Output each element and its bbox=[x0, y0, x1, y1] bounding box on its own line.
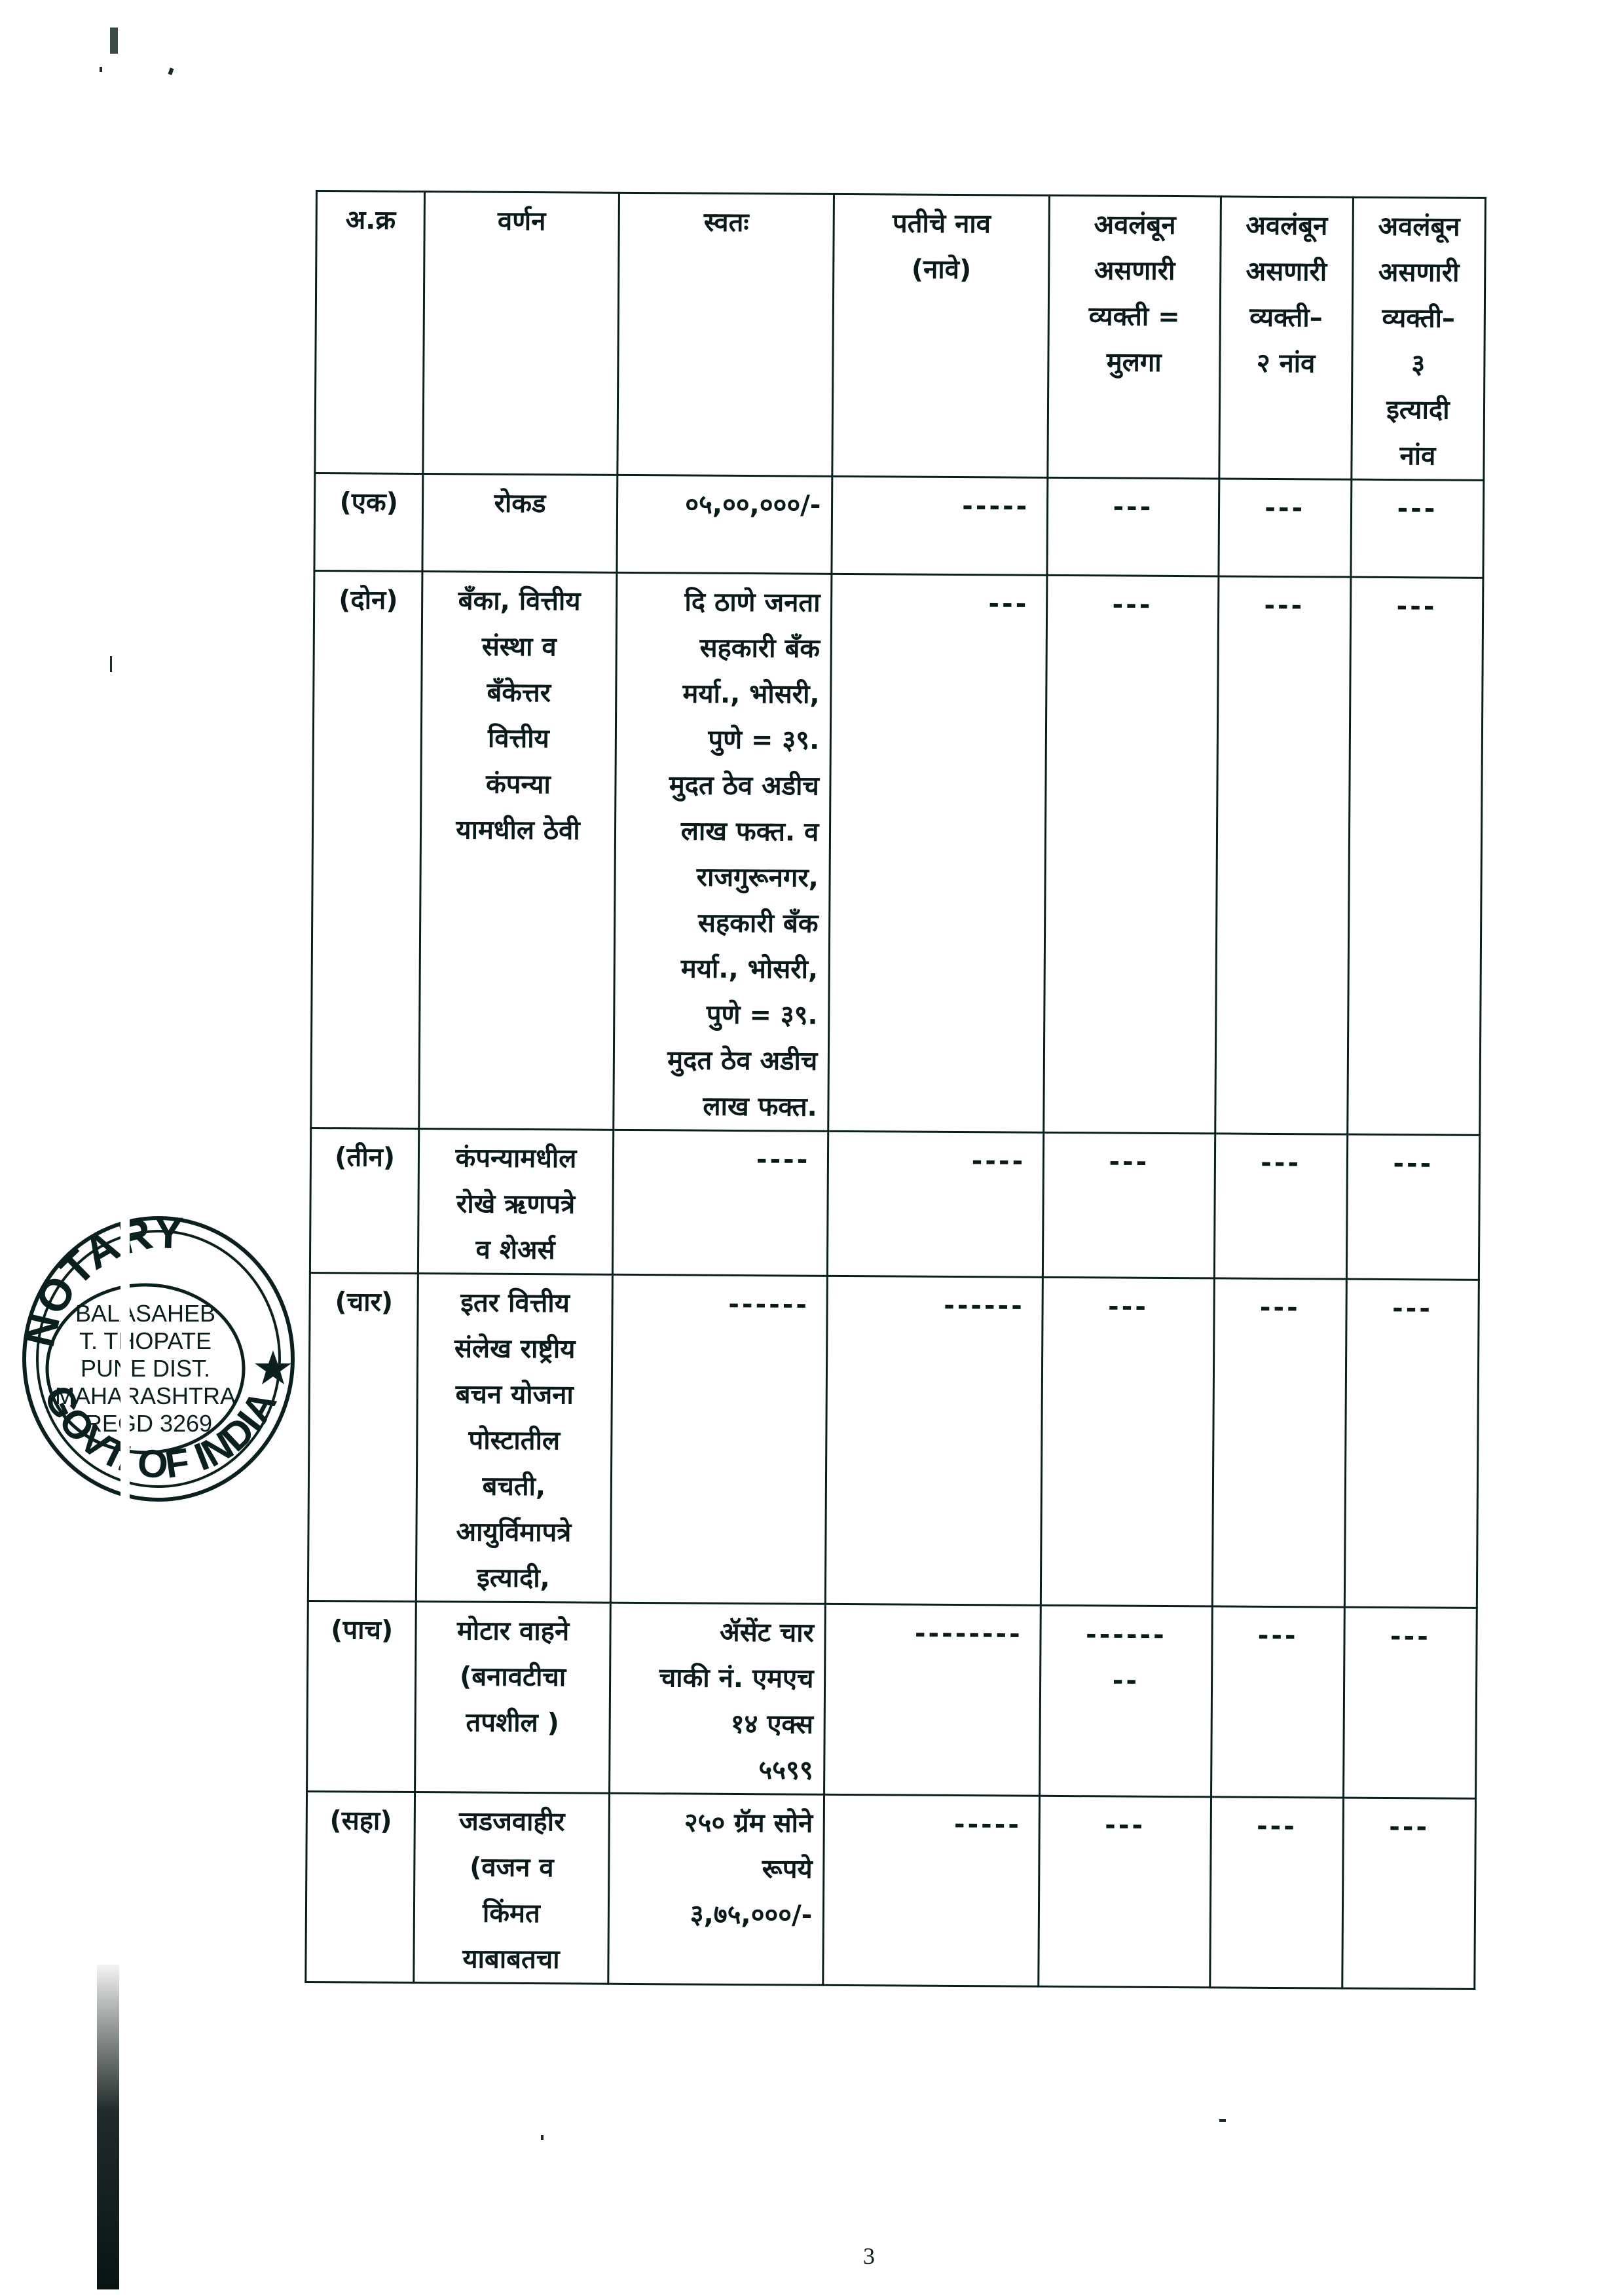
cell-dependent-2: --- bbox=[1211, 1606, 1344, 1798]
cell-text-line: मुदत ठेव अडीच bbox=[621, 1037, 817, 1084]
cell-spouse: -------- bbox=[824, 1604, 1041, 1796]
stamp-line-3: PUNE DIST. bbox=[81, 1355, 210, 1382]
cell-text-line: मुलगा bbox=[1056, 339, 1212, 386]
cell-text-line: -------- bbox=[833, 1610, 1023, 1657]
cell-text-line: (एक) bbox=[322, 479, 416, 526]
header-description: वर्णन bbox=[423, 192, 619, 475]
cell-text-line: पोस्टातील bbox=[425, 1417, 604, 1464]
cell-dependent-2: --- bbox=[1219, 479, 1352, 577]
cell-self: ------ bbox=[610, 1274, 828, 1604]
asset-declaration-table: अ.क्र वर्णन स्वतः पतीचे नाव(नावे) अवलंबू… bbox=[304, 190, 1486, 1990]
notary-seal-icon: NOTARY GOVT. OF INDIA BALASAHEB T. THOPA… bbox=[14, 1205, 303, 1513]
cell-sr-no: (दोन) bbox=[311, 570, 423, 1128]
cell-dependent-2: --- bbox=[1215, 576, 1350, 1134]
cell-text-line: मर्या., भोसरी, bbox=[621, 946, 818, 993]
cell-text-line: पुणे = ३९. bbox=[621, 991, 818, 1039]
cell-text-line: असणारी bbox=[1056, 248, 1213, 294]
cell-text-line: बँकेत्तर bbox=[430, 669, 609, 716]
scan-artifact bbox=[541, 2135, 544, 2140]
cell-dependent-1: --- bbox=[1043, 1132, 1215, 1278]
cell-description: जडजवाहीर(वजन वकिंमतयाबाबतचा bbox=[414, 1792, 609, 1984]
cell-text-line: --- bbox=[1055, 484, 1211, 530]
table-header-row: अ.क्र वर्णन स्वतः पतीचे नाव(नावे) अवलंबू… bbox=[315, 191, 1486, 481]
table-row: (पाच)मोटार वाहने(बनावटीचातपशील )ॲसेंट चा… bbox=[307, 1601, 1477, 1798]
cell-text-line: (सहा) bbox=[314, 1798, 408, 1844]
cell-text-line: --- bbox=[1352, 1614, 1469, 1660]
cell-text-line: व्यक्ती– bbox=[1359, 295, 1477, 342]
cell-text-line: (चार) bbox=[317, 1279, 411, 1325]
cell-text-line: -- bbox=[1048, 1657, 1204, 1704]
header-sr-no: अ.क्र bbox=[315, 191, 425, 474]
scan-artifact bbox=[168, 67, 174, 75]
cell-self: दि ठाणे जनतासहकारी बँकमर्या., भोसरी,पुणे… bbox=[613, 572, 832, 1131]
cell-text-line: --- bbox=[1051, 1139, 1208, 1185]
scan-artifact bbox=[110, 656, 112, 672]
cell-text-line: --- bbox=[1219, 1612, 1337, 1659]
cell-text-line: रूपये bbox=[616, 1845, 813, 1893]
table-row: (तीन)कंपन्यामधीलरोखे ऋणपत्रेव शेअर्स----… bbox=[310, 1128, 1479, 1280]
cell-dependent-3: --- bbox=[1342, 1798, 1476, 1989]
cell-text-line: लाख फक्त. bbox=[621, 1083, 817, 1130]
cell-text-line: बचन योजना bbox=[425, 1371, 604, 1418]
cell-text-line: कंपन्या bbox=[429, 761, 608, 808]
stamp-line-4: MAHARASHTRA bbox=[55, 1382, 236, 1409]
cell-text-line: अवलंबून bbox=[1360, 204, 1478, 250]
cell-text-line: यामधील ठेवी bbox=[428, 807, 608, 854]
cell-spouse: ---- bbox=[828, 1131, 1044, 1277]
cell-text-line: व्यक्ती = bbox=[1056, 293, 1213, 340]
cell-description: मोटार वाहने(बनावटीचातपशील ) bbox=[415, 1601, 610, 1793]
header-spouse: पतीचे नाव(नावे) bbox=[832, 194, 1049, 477]
cell-text-line: बँका, वित्तीय bbox=[430, 578, 609, 625]
cell-sr-no: (सहा) bbox=[306, 1791, 415, 1982]
cell-spouse: ----- bbox=[823, 1794, 1040, 1986]
stamp-fold-gap bbox=[120, 1205, 130, 1513]
cell-text-line: बचती, bbox=[424, 1463, 604, 1510]
cell-text-line: ------ bbox=[835, 1282, 1025, 1329]
cell-text-line: मोटार वाहने bbox=[424, 1608, 603, 1655]
scan-artifact bbox=[100, 67, 102, 72]
cell-text-line: इत्यादी bbox=[1359, 387, 1477, 434]
notary-stamp: NOTARY GOVT. OF INDIA BALASAHEB T. THOPA… bbox=[14, 1205, 303, 1513]
scan-artifact bbox=[1219, 2119, 1226, 2122]
cell-text-line: --- bbox=[1359, 486, 1477, 532]
header-dependent-1: अवलंबूनअसणारीव्यक्ती =मुलगा bbox=[1048, 195, 1221, 479]
cell-text-line: --- bbox=[1354, 1141, 1472, 1187]
cell-text-line: ३ bbox=[1359, 341, 1477, 388]
cell-text-line: (तीन) bbox=[318, 1134, 412, 1181]
cell-text-line: लाख फक्त. व bbox=[622, 808, 819, 855]
cell-text-line: (दोन) bbox=[322, 577, 415, 623]
cell-text-line: राजगुरूनगर, bbox=[622, 854, 819, 901]
cell-text-line: वर्णन bbox=[432, 198, 612, 245]
cell-text-line: व शेअर्स bbox=[426, 1227, 605, 1274]
cell-text-line: ----- bbox=[840, 483, 1029, 530]
cell-text-line: रोकड bbox=[430, 480, 610, 527]
cell-text-line: मर्या., भोसरी, bbox=[623, 671, 820, 718]
cell-text-line: ५५९९ bbox=[617, 1747, 813, 1794]
cell-text-line: संलेख राष्ट्रीय bbox=[425, 1325, 604, 1373]
cell-dependent-3: --- bbox=[1343, 1607, 1477, 1798]
cell-text-line: याबाबतचा bbox=[422, 1936, 601, 1983]
cell-text-line: ------ bbox=[619, 1281, 809, 1328]
cell-text-line: ३,७५,०००/- bbox=[616, 1891, 812, 1938]
cell-text-line: --- bbox=[1222, 1139, 1340, 1186]
cell-text-line: (वजन व bbox=[422, 1844, 602, 1891]
scan-artifact bbox=[110, 28, 118, 54]
cell-dependent-1: --- bbox=[1047, 477, 1219, 576]
cell-text-line: अवलंबून bbox=[1057, 202, 1213, 248]
cell-spouse: ------ bbox=[826, 1276, 1043, 1605]
cell-text-line: वित्तीय bbox=[429, 715, 608, 762]
cell-text-line: अवलंबून bbox=[1228, 203, 1346, 250]
cell-text-line: --- bbox=[1350, 1804, 1468, 1851]
cell-text-line: ----- bbox=[832, 1801, 1022, 1848]
cell-text-line: --- bbox=[1226, 583, 1344, 629]
cell-description: कंपन्यामधीलरोखे ऋणपत्रेव शेअर्स bbox=[418, 1128, 613, 1274]
cell-text-line: रोखे ऋणपत्रे bbox=[426, 1181, 606, 1228]
cell-dependent-1: --- bbox=[1039, 1796, 1211, 1988]
cell-text-line: इत्यादी, bbox=[424, 1555, 603, 1602]
header-dependent-3: अवलंबूनअसणारीव्यक्ती–३इत्यादीनांव bbox=[1352, 197, 1486, 480]
cell-dependent-3: --- bbox=[1344, 1279, 1479, 1608]
cell-text-line: मुदत ठेव अडीच bbox=[623, 762, 819, 809]
cell-spouse: ----- bbox=[832, 476, 1048, 575]
cell-text-line: पतीचे नाव bbox=[841, 200, 1042, 248]
cell-text-line: आयुर्विमापत्रे bbox=[424, 1509, 604, 1556]
cell-text-line: --- bbox=[1358, 583, 1476, 630]
cell-self: ---- bbox=[612, 1130, 828, 1276]
cell-text-line: --- bbox=[1218, 1803, 1336, 1849]
cell-text-line: असणारी bbox=[1228, 249, 1346, 295]
cell-sr-no: (एक) bbox=[314, 473, 423, 572]
cell-text-line: --- bbox=[1054, 582, 1211, 628]
cell-text-line: ---- bbox=[836, 1138, 1025, 1185]
cell-self: ॲसेंट चारचाकी नं. एमएच१४ एक्स५५९९ bbox=[609, 1602, 826, 1794]
table-row: (चार)इतर वित्तीयसंलेख राष्ट्रीयबचन योजना… bbox=[308, 1272, 1479, 1608]
cell-text-line: ---- bbox=[620, 1136, 810, 1183]
cell-text-line: --- bbox=[1221, 1284, 1339, 1331]
cell-text-line: इतर वित्तीय bbox=[426, 1280, 605, 1327]
cell-sr-no: (चार) bbox=[308, 1272, 418, 1601]
cell-description: रोकड bbox=[422, 474, 617, 573]
cell-text-line: दि ठाणे जनता bbox=[624, 579, 821, 626]
cell-text-line: ------ bbox=[1048, 1612, 1205, 1658]
cell-self: ०५,००,०००/- bbox=[616, 475, 832, 574]
cell-description: इतर वित्तीयसंलेख राष्ट्रीयबचन योजनापोस्ट… bbox=[416, 1273, 612, 1602]
cell-text-line: पुणे = ३९. bbox=[623, 716, 819, 764]
header-dependent-2: अवलंबूनअसणारीव्यक्ती–२ नांव bbox=[1219, 196, 1353, 479]
stamp-line-5: REGD 3269 bbox=[85, 1410, 212, 1437]
cell-text-line: किंमत bbox=[422, 1890, 601, 1937]
table-row: (एक)रोकड०५,००,०००/--------------- bbox=[314, 473, 1484, 578]
cell-description: बँका, वित्तीयसंस्था वबँकेत्तरवित्तीयकंपन… bbox=[419, 572, 616, 1130]
cell-text-line: ०५,००,०००/- bbox=[624, 481, 821, 528]
cell-text-line: (बनावटीचा bbox=[423, 1654, 602, 1701]
cell-dependent-3: --- bbox=[1347, 577, 1483, 1135]
cell-self: २५० ग्रॅम सोनेरूपये३,७५,०००/- bbox=[608, 1793, 824, 1985]
cell-spouse: --- bbox=[828, 574, 1047, 1132]
cell-dependent-1: --- bbox=[1041, 1277, 1213, 1606]
cell-dependent-2: --- bbox=[1212, 1278, 1346, 1607]
cell-dependent-3: --- bbox=[1346, 1134, 1480, 1280]
cell-text-line: अ.क्र bbox=[324, 197, 418, 244]
page-number: 3 bbox=[863, 2242, 875, 2270]
cell-dependent-1: -------- bbox=[1040, 1605, 1212, 1797]
stamp-line-1: BALASAHEB bbox=[75, 1300, 215, 1327]
table-row: (सहा)जडजवाहीर(वजन वकिंमतयाबाबतचा२५० ग्रॅ… bbox=[306, 1791, 1476, 1989]
scan-edge-shadow bbox=[97, 1965, 119, 2289]
cell-dependent-3: --- bbox=[1351, 479, 1484, 578]
cell-text-line: २ नांव bbox=[1227, 341, 1345, 387]
cell-sr-no: (पाच) bbox=[307, 1601, 416, 1792]
cell-text-line: स्वतः bbox=[626, 199, 826, 246]
cell-text-line: --- bbox=[839, 580, 1029, 627]
cell-text-line: कंपन्यामधील bbox=[426, 1135, 606, 1182]
cell-text-line: --- bbox=[1047, 1802, 1204, 1849]
table-row: (दोन)बँका, वित्तीयसंस्था वबँकेत्तरवित्ती… bbox=[311, 570, 1483, 1135]
cell-dependent-2: --- bbox=[1214, 1134, 1348, 1279]
cell-text-line: २५० ग्रॅम सोने bbox=[616, 1800, 813, 1847]
cell-text-line: व्यक्ती– bbox=[1227, 295, 1345, 341]
cell-dependent-2: --- bbox=[1209, 1797, 1343, 1988]
cell-text-line: जडजवाहीर bbox=[422, 1798, 602, 1845]
cell-text-line: --- bbox=[1226, 485, 1344, 532]
cell-text-line: नांव bbox=[1359, 433, 1477, 479]
header-self: स्वतः bbox=[617, 193, 834, 476]
cell-text-line: सहकारी बँक bbox=[623, 625, 820, 672]
cell-text-line: सहकारी बँक bbox=[622, 900, 819, 947]
cell-text-line: (पाच) bbox=[315, 1607, 409, 1654]
cell-text-line: संस्था व bbox=[430, 623, 609, 671]
star-icon bbox=[255, 1350, 291, 1384]
cell-text-line: तपशील ) bbox=[423, 1699, 602, 1747]
cell-text-line: १४ एक्स bbox=[617, 1701, 813, 1748]
cell-text-line: --- bbox=[1354, 1286, 1471, 1332]
cell-text-line: ॲसेंट चार bbox=[618, 1609, 814, 1656]
cell-dependent-1: --- bbox=[1044, 575, 1219, 1134]
stamp-line-2: T. THOPATE bbox=[79, 1327, 212, 1354]
cell-text-line: --- bbox=[1050, 1284, 1207, 1330]
cell-text-line: (नावे) bbox=[841, 246, 1041, 293]
cell-sr-no: (तीन) bbox=[310, 1128, 419, 1273]
cell-text-line: चाकी नं. एमएच bbox=[617, 1655, 813, 1702]
cell-text-line: असणारी bbox=[1360, 250, 1478, 296]
